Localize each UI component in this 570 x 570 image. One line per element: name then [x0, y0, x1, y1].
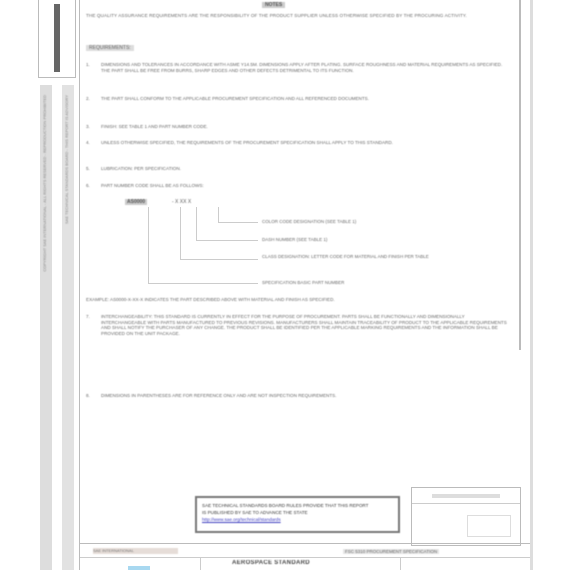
requirements-label: REQUIREMENTS: [86, 45, 134, 51]
item-text: PART NUMBER CODE SHALL BE AS FOLLOWS: [101, 183, 511, 189]
item-number: 7. [86, 314, 90, 320]
callout-line [196, 240, 258, 241]
callout-line [180, 259, 258, 260]
divider [412, 503, 520, 504]
item-number: 3. [86, 124, 90, 130]
part-number-base: AS0000 [125, 199, 147, 205]
footer-cell-divider [200, 557, 201, 570]
callout-line [180, 207, 181, 260]
item-text: DIMENSIONS IN PARENTHESES ARE FOR REFERE… [101, 393, 511, 399]
part-number-suffix: - X XX X [172, 199, 191, 205]
item-number: 4. [86, 140, 90, 146]
callout-line [148, 283, 258, 284]
callout-label: DASH NUMBER (SEE TABLE 1) [262, 237, 327, 242]
footer-divider [80, 557, 530, 558]
intro-paragraph: THE QUALITY ASSURANCE REQUIREMENTS ARE T… [86, 13, 511, 19]
notice-line: IS PUBLISHED BY SAE TO ADVANCE THE STATE [202, 509, 393, 516]
revision-block [411, 487, 521, 546]
item-text: INTERCHANGEABILITY: THIS STANDARD IS CUR… [101, 314, 511, 336]
logo-mark [128, 566, 150, 570]
requirement-item: 7. INTERCHANGEABILITY: THIS STANDARD IS … [86, 314, 511, 364]
page-border-left [79, 0, 80, 570]
notice-line: SAE TECHNICAL STANDARDS BOARD RULES PROV… [202, 502, 393, 509]
item-text: FINISH: SEE TABLE 1 AND PART NUMBER CODE… [101, 124, 511, 130]
footer-right-label: FSC 5310 PROCUREMENT SPECIFICATION [343, 549, 439, 554]
example-text: EXAMPLE: AS0000-X-XX-X INDICATES THE PAR… [86, 297, 511, 303]
footer-cell-divider [400, 557, 401, 570]
notes-title: NOTES [262, 2, 285, 8]
callout-line [218, 207, 219, 223]
sae-notice-box: SAE TECHNICAL STANDARDS BOARD RULES PROV… [195, 496, 400, 533]
item-text: UNLESS OTHERWISE SPECIFIED, THE REQUIREM… [101, 140, 511, 146]
intro-text: THE QUALITY ASSURANCE REQUIREMENTS ARE T… [86, 13, 511, 19]
item-number: 1. [86, 62, 90, 68]
callout-line [196, 207, 197, 241]
margin-text: SAE TECHNICAL STANDARDS BOARD - THIS REP… [64, 95, 70, 224]
item-number: 5. [86, 166, 90, 172]
requirement-item: 1. DIMENSIONS AND TOLERANCES IN ACCORDAN… [86, 62, 511, 82]
callout-line [148, 207, 149, 283]
footer-divider [80, 543, 530, 544]
page-edge [530, 0, 533, 570]
document-title: AEROSPACE STANDARD [232, 560, 310, 566]
callout-label: SPECIFICATION BASIC PART NUMBER [262, 280, 344, 285]
revision-cell [467, 515, 511, 537]
callout-label: COLOR CODE DESIGNATION (SEE TABLE 1) [262, 219, 356, 224]
page-border-right [519, 0, 521, 350]
item-text: DIMENSIONS AND TOLERANCES IN ACCORDANCE … [101, 62, 511, 73]
revision-header [432, 494, 500, 498]
callout-line [218, 222, 258, 223]
document-stamp [54, 4, 60, 72]
example-text-content: EXAMPLE: AS0000-X-XX-X INDICATES THE PAR… [86, 297, 335, 302]
item-text: LUBRICATION: PER SPECIFICATION. [101, 166, 511, 172]
footer-left-label: SAE INTERNATIONAL [93, 548, 178, 554]
item-number: 2. [86, 96, 90, 102]
document-stamp-box [38, 0, 76, 78]
notice-link[interactable]: http://www.sae.org/technical/standards [202, 516, 393, 523]
item-number: 6. [86, 183, 90, 189]
item-text: THE PART SHALL CONFORM TO THE APPLICABLE… [101, 96, 511, 102]
callout-label: CLASS DESIGNATION: LETTER CODE FOR MATER… [262, 254, 462, 259]
item-number: 8. [86, 393, 90, 399]
margin-text: COPYRIGHT SAE INTERNATIONAL - ALL RIGHTS… [42, 95, 48, 272]
